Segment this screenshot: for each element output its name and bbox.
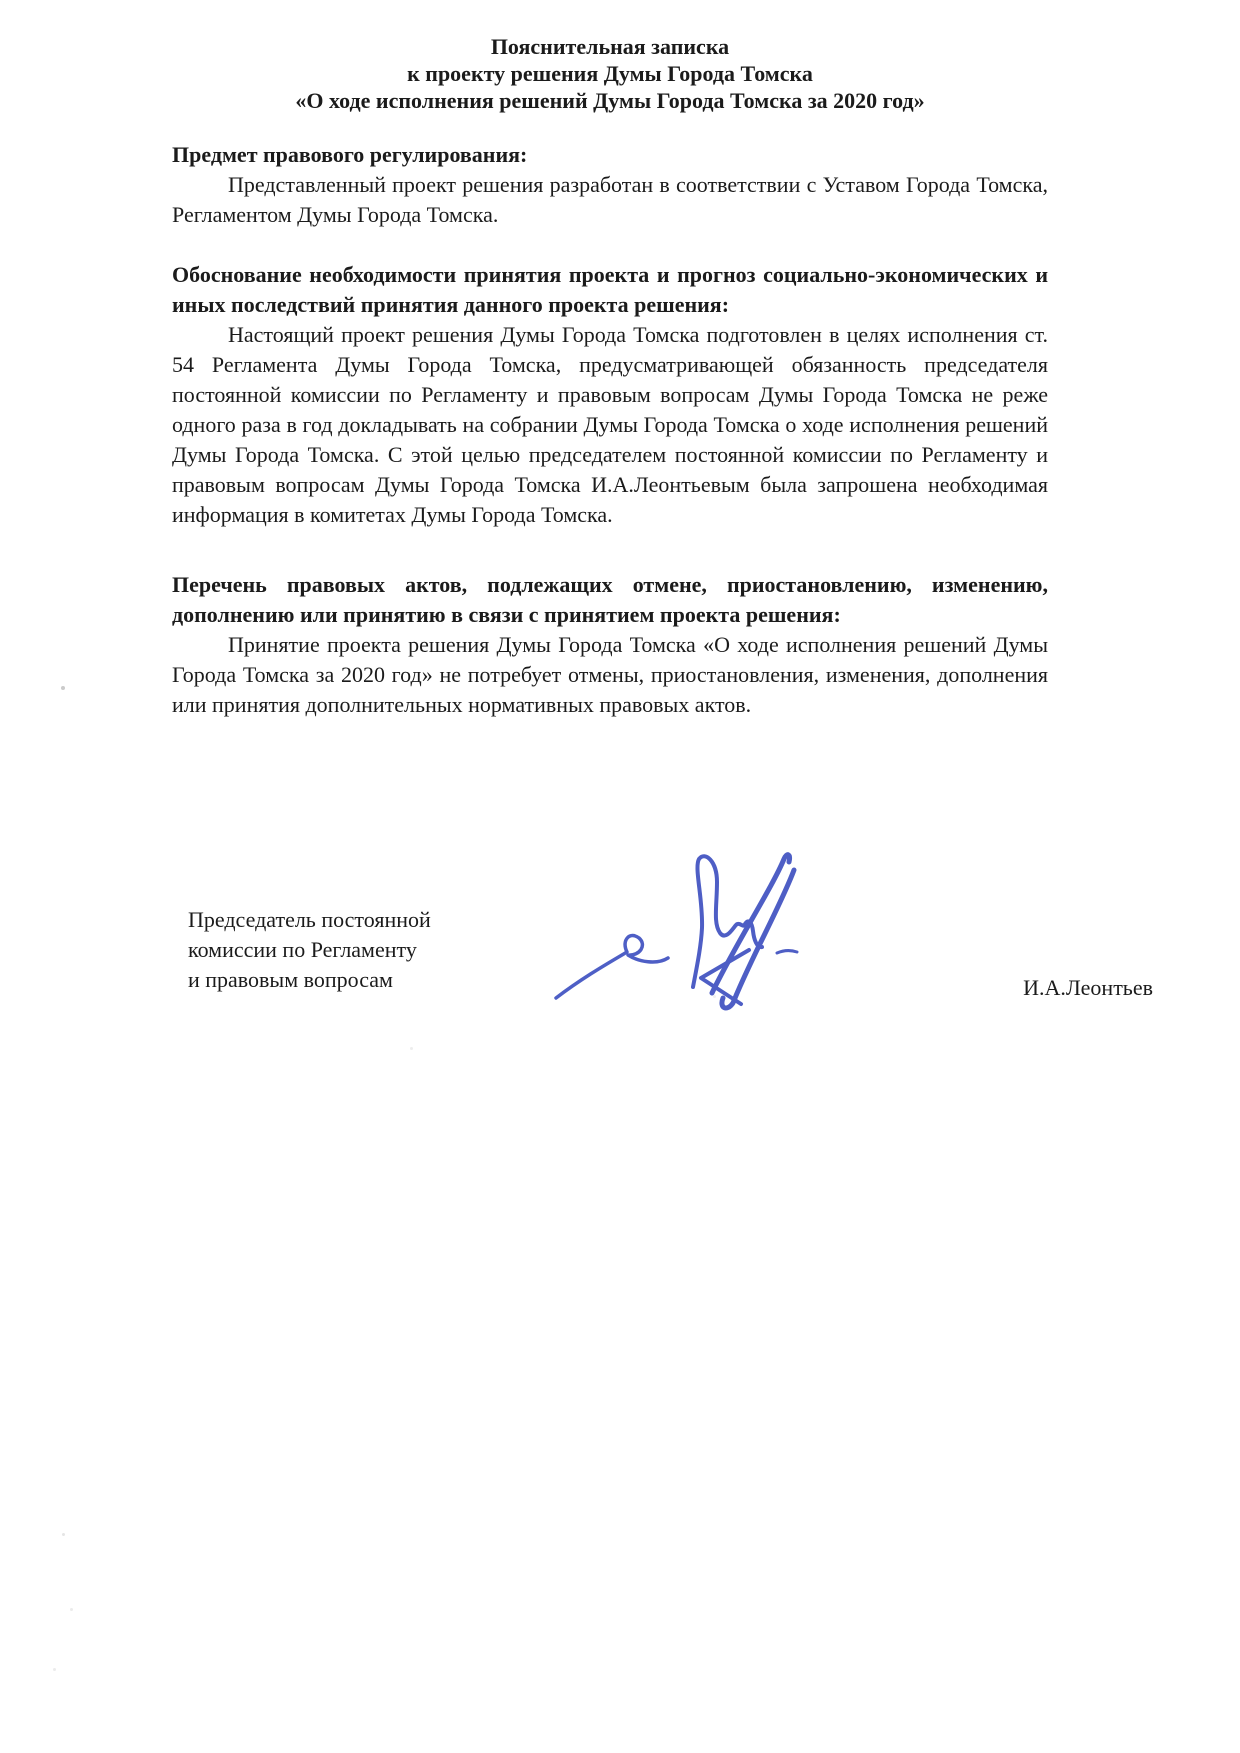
scan-speck xyxy=(410,1047,413,1050)
title-line-1: Пояснительная записка xyxy=(172,33,1048,60)
title-line-2: к проекту решения Думы Города Томска xyxy=(172,60,1048,87)
signature-strokes xyxy=(556,855,797,1008)
section-paragraph-subject: Представленный проект решения разработан… xyxy=(172,170,1048,230)
scan-speck xyxy=(713,995,716,998)
section-heading-justification: Обоснование необходимости принятия проек… xyxy=(172,260,1048,320)
scan-speck xyxy=(70,1608,73,1611)
signatory-position: Председатель постоянной комиссии по Регл… xyxy=(188,905,431,995)
scan-speck xyxy=(53,1668,56,1671)
section-paragraph-justification: Настоящий проект решения Думы Города Том… xyxy=(172,320,1048,530)
signatory-position-line-2: комиссии по Регламенту xyxy=(188,935,431,965)
handwritten-signature-icon xyxy=(535,725,835,1025)
signatory-position-line-1: Председатель постоянной xyxy=(188,905,431,935)
signatory-position-line-3: и правовым вопросам xyxy=(188,965,431,995)
scan-speck xyxy=(62,1533,65,1536)
title-line-3: «О ходе исполнения решений Думы Города Т… xyxy=(172,87,1048,114)
scanned-document-page: Пояснительная записка к проекту решения … xyxy=(0,0,1240,1753)
document-content: Пояснительная записка к проекту решения … xyxy=(172,33,1048,997)
section-paragraph-acts-list: Принятие проекта решения Думы Города Том… xyxy=(172,630,1048,720)
document-title: Пояснительная записка к проекту решения … xyxy=(172,33,1048,114)
signatory-name: И.А.Леонтьев xyxy=(1023,975,1153,1001)
section-heading-subject: Предмет правового регулирования: xyxy=(172,140,1048,170)
scan-speck xyxy=(61,686,65,690)
section-heading-acts-list: Перечень правовых актов, подлежащих отме… xyxy=(172,570,1048,630)
signature-block: Председатель постоянной комиссии по Регл… xyxy=(172,905,1048,997)
